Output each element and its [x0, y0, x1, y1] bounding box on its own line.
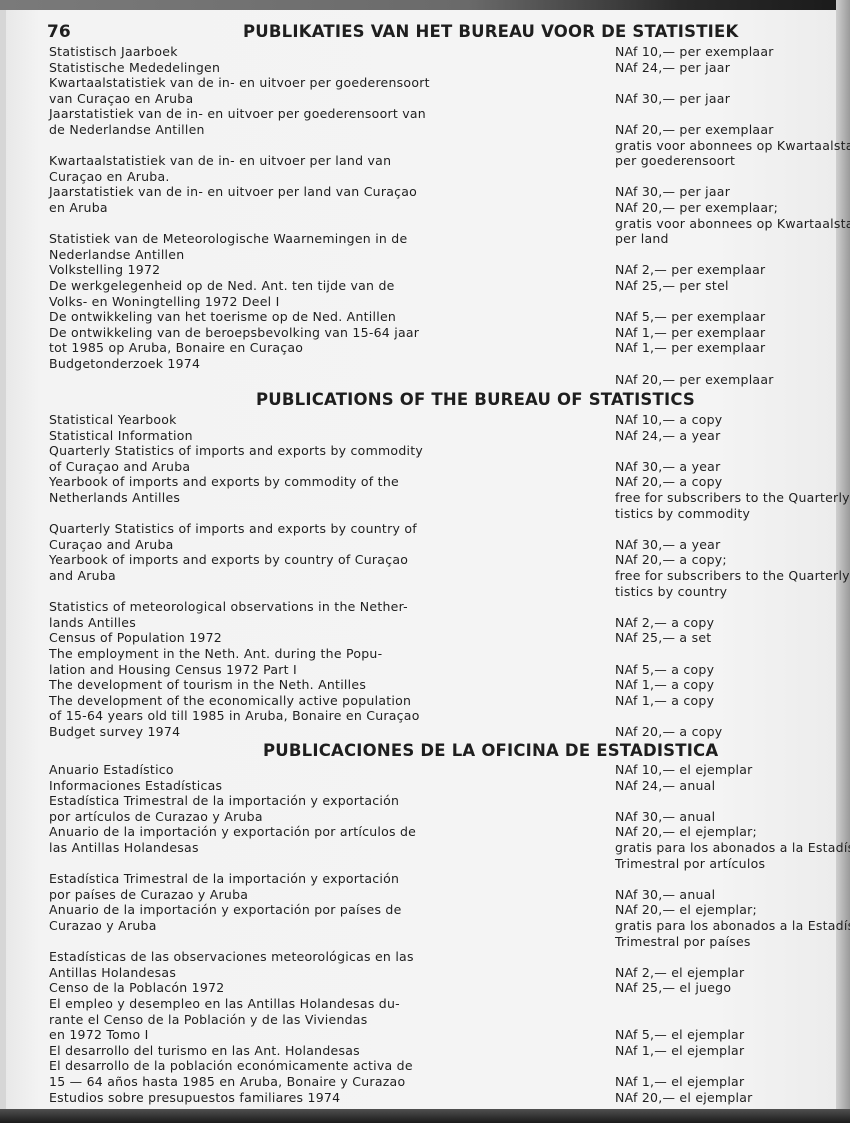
- publication-price-line: NAf 10,— per exemplaar: [615, 44, 774, 59]
- publication-title-line: of 15-64 years old till 1985 in Aruba, B…: [49, 708, 420, 723]
- publication-title-line: en Aruba: [49, 200, 108, 215]
- publication-price-line: NAf 20,— a copy: [615, 724, 722, 739]
- publication-title-line: Kwartaalstatistiek van de in- en uitvoer…: [49, 75, 430, 90]
- publication-price-line: free for subscribers to the Quarterly St…: [615, 490, 850, 505]
- publication-price-line: NAf 20,— a copy: [615, 474, 722, 489]
- publication-title-line: Yearbook of imports and exports by commo…: [49, 474, 399, 489]
- publication-title-line: El desarrollo de la población económicam…: [49, 1058, 413, 1073]
- publication-price-line: NAf 10,— el ejemplar: [615, 762, 753, 777]
- publication-title-line: Anuario de la importación y exportación …: [49, 902, 402, 917]
- publication-title-line: rante el Censo de la Población y de las …: [49, 1012, 367, 1027]
- publication-price-line: NAf 30,— a year: [615, 459, 720, 474]
- publication-title-line: Yearbook of imports and exports by count…: [49, 552, 408, 567]
- publication-title-line: El empleo y desempleo en las Antillas Ho…: [49, 996, 400, 1011]
- publication-price-line: NAf 1,— a copy: [615, 693, 714, 708]
- scan-right-edge: [836, 0, 850, 1123]
- publication-price-line: NAf 24,— a year: [615, 428, 720, 443]
- publication-price-line: NAf 20,— el ejemplar: [615, 1090, 753, 1105]
- publication-price-line: NAf 5,— per exemplaar: [615, 309, 765, 324]
- publication-price-line: NAf 5,— a copy: [615, 662, 714, 677]
- publication-price-line: NAf 30,— anual: [615, 887, 715, 902]
- publication-price-line: Trimestral por artículos: [615, 856, 765, 871]
- publication-price-line: NAf 20,— el ejemplar;: [615, 824, 757, 839]
- publication-title-line: 15 — 64 años hasta 1985 en Aruba, Bonair…: [49, 1074, 405, 1089]
- publication-price-line: NAf 2,— el ejemplar: [615, 965, 744, 980]
- publication-price-line: NAf 20,— el ejemplar;: [615, 902, 757, 917]
- publication-price-line: NAf 2,— per exemplaar: [615, 262, 765, 277]
- publication-title-line: Nederlandse Antillen: [49, 247, 184, 262]
- publication-title-line: Curaçao and Aruba: [49, 537, 174, 552]
- section-title-dutch: PUBLIKATIES VAN HET BUREAU VOOR DE STATI…: [243, 22, 738, 41]
- publication-price-line: NAf 30,— anual: [615, 809, 715, 824]
- publication-price-line: NAf 20,— per exemplaar: [615, 372, 774, 387]
- publication-title-line: Curaçao en Aruba.: [49, 169, 170, 184]
- publication-title-line: The development of tourism in the Neth. …: [49, 677, 366, 692]
- publication-title-line: Statistiek van de Meteorologische Waarne…: [49, 231, 407, 246]
- publication-title-line: Kwartaalstatistiek van de in- en uitvoer…: [49, 153, 391, 168]
- publication-title-line: Budgetonderzoek 1974: [49, 356, 200, 371]
- scan-bottom-edge: [0, 1109, 850, 1123]
- publication-title-line: Jaarstatistiek van de in- en uitvoer per…: [49, 184, 417, 199]
- publication-title-line: The development of the economically acti…: [49, 693, 411, 708]
- section-title-spanish: PUBLICACIONES DE LA OFICINA DE ESTADISTI…: [263, 741, 718, 760]
- publication-price-line: NAf 20,— per exemplaar;: [615, 200, 778, 215]
- publication-price-line: per land: [615, 231, 669, 246]
- publication-price-line: NAf 25,— a set: [615, 630, 711, 645]
- publication-title-line: Netherlands Antilles: [49, 490, 180, 505]
- publication-price-line: NAf 1,— el ejemplar: [615, 1043, 744, 1058]
- publication-title-line: por países de Curazao y Aruba: [49, 887, 248, 902]
- publication-title-line: Statistics of meteorological observation…: [49, 599, 408, 614]
- publication-price-line: NAf 2,— a copy: [615, 615, 714, 630]
- publication-price-line: per goederensoort: [615, 153, 735, 168]
- publication-title-line: Budget survey 1974: [49, 724, 180, 739]
- publication-title-line: tot 1985 op Aruba, Bonaire en Curaçao: [49, 340, 303, 355]
- publication-title-line: The employment in the Neth. Ant. during …: [49, 646, 382, 661]
- publication-title-line: lands Antilles: [49, 615, 136, 630]
- publication-title-line: Estadística Trimestral de la importación…: [49, 871, 399, 886]
- publication-price-line: gratis para los abonados a la Estadístic…: [615, 918, 850, 933]
- publication-title-line: Estudios sobre presupuestos familiares 1…: [49, 1090, 340, 1105]
- publication-price-line: NAf 5,— el ejemplar: [615, 1027, 744, 1042]
- publication-price-line: NAf 1,— el ejemplar: [615, 1074, 744, 1089]
- publication-title-line: De ontwikkeling van het toerisme op de N…: [49, 309, 396, 324]
- publication-price-line: Trimestral por países: [615, 934, 751, 949]
- publication-title-line: lation and Housing Census 1972 Part I: [49, 662, 297, 677]
- publication-price-line: tistics by commodity: [615, 506, 750, 521]
- publication-title-line: Statistical Information: [49, 428, 193, 443]
- publication-price-line: NAf 30,— per jaar: [615, 184, 730, 199]
- publication-price-line: NAf 1,— per exemplaar: [615, 340, 765, 355]
- page-number: 76: [47, 22, 71, 42]
- publication-title-line: las Antillas Holandesas: [49, 840, 199, 855]
- publication-title-line: Statistische Mededelingen: [49, 60, 220, 75]
- publication-price-line: tistics by country: [615, 584, 727, 599]
- publication-title-line: Quarterly Statistics of imports and expo…: [49, 521, 417, 536]
- publication-price-line: NAf 30,— a year: [615, 537, 720, 552]
- publication-title-line: de Nederlandse Antillen: [49, 122, 205, 137]
- publication-price-line: NAf 1,— a copy: [615, 677, 714, 692]
- publication-title-line: El desarrollo del turismo en las Ant. Ho…: [49, 1043, 360, 1058]
- publication-price-line: NAf 30,— per jaar: [615, 91, 730, 106]
- publication-title-line: Jaarstatistiek van de in- en uitvoer per…: [49, 106, 426, 121]
- publication-price-line: NAf 20,— per exemplaar: [615, 122, 774, 137]
- publication-title-line: of Curaçao and Aruba: [49, 459, 190, 474]
- publication-title-line: Anuario Estadístico: [49, 762, 174, 777]
- publication-title-line: De werkgelegenheid op de Ned. Ant. ten t…: [49, 278, 395, 293]
- section-title-english: PUBLICATIONS OF THE BUREAU OF STATISTICS: [256, 390, 695, 409]
- publication-title-line: De ontwikkeling van de beroepsbevolking …: [49, 325, 419, 340]
- publication-price-line: NAf 10,— a copy: [615, 412, 722, 427]
- publication-title-line: Anuario de la importación y exportación …: [49, 824, 416, 839]
- publication-price-line: NAf 1,— per exemplaar: [615, 325, 765, 340]
- publication-title-line: Statistisch Jaarboek: [49, 44, 178, 59]
- publication-price-line: NAf 25,— per stel: [615, 278, 729, 293]
- publication-title-line: Antillas Holandesas: [49, 965, 176, 980]
- publication-title-line: Curazao y Aruba: [49, 918, 157, 933]
- publication-title-line: Quarterly Statistics of imports and expo…: [49, 443, 423, 458]
- publication-price-line: free for subscribers to the Quarterly St…: [615, 568, 850, 583]
- publication-title-line: Census of Population 1972: [49, 630, 222, 645]
- publication-title-line: and Aruba: [49, 568, 116, 583]
- publication-title-line: Estadística Trimestral de la importación…: [49, 793, 399, 808]
- publication-price-line: NAf 24,— per jaar: [615, 60, 730, 75]
- publication-title-line: Estadísticas de las observaciones meteor…: [49, 949, 414, 964]
- publication-price-line: gratis voor abonnees op Kwartaalstatisti…: [615, 138, 850, 153]
- publication-price-line: NAf 24,— anual: [615, 778, 715, 793]
- publication-title-line: Informaciones Estadísticas: [49, 778, 222, 793]
- publication-title-line: Statistical Yearbook: [49, 412, 177, 427]
- publication-price-line: NAf 25,— el juego: [615, 980, 731, 995]
- publication-price-line: gratis para los abonados a la Estadístic…: [615, 840, 850, 855]
- publication-price-line: NAf 20,— a copy;: [615, 552, 727, 567]
- publication-title-line: Censo de la Poblacón 1972: [49, 980, 224, 995]
- publication-title-line: por artículos de Curazao y Aruba: [49, 809, 263, 824]
- publication-title-line: en 1972 Tomo I: [49, 1027, 149, 1042]
- publication-title-line: Volks- en Woningtelling 1972 Deel I: [49, 294, 280, 309]
- publication-title-line: van Curaçao en Aruba: [49, 91, 193, 106]
- publication-price-line: gratis voor abonnees op Kwartaalstatisti…: [615, 216, 850, 231]
- publication-title-line: Volkstelling 1972: [49, 262, 160, 277]
